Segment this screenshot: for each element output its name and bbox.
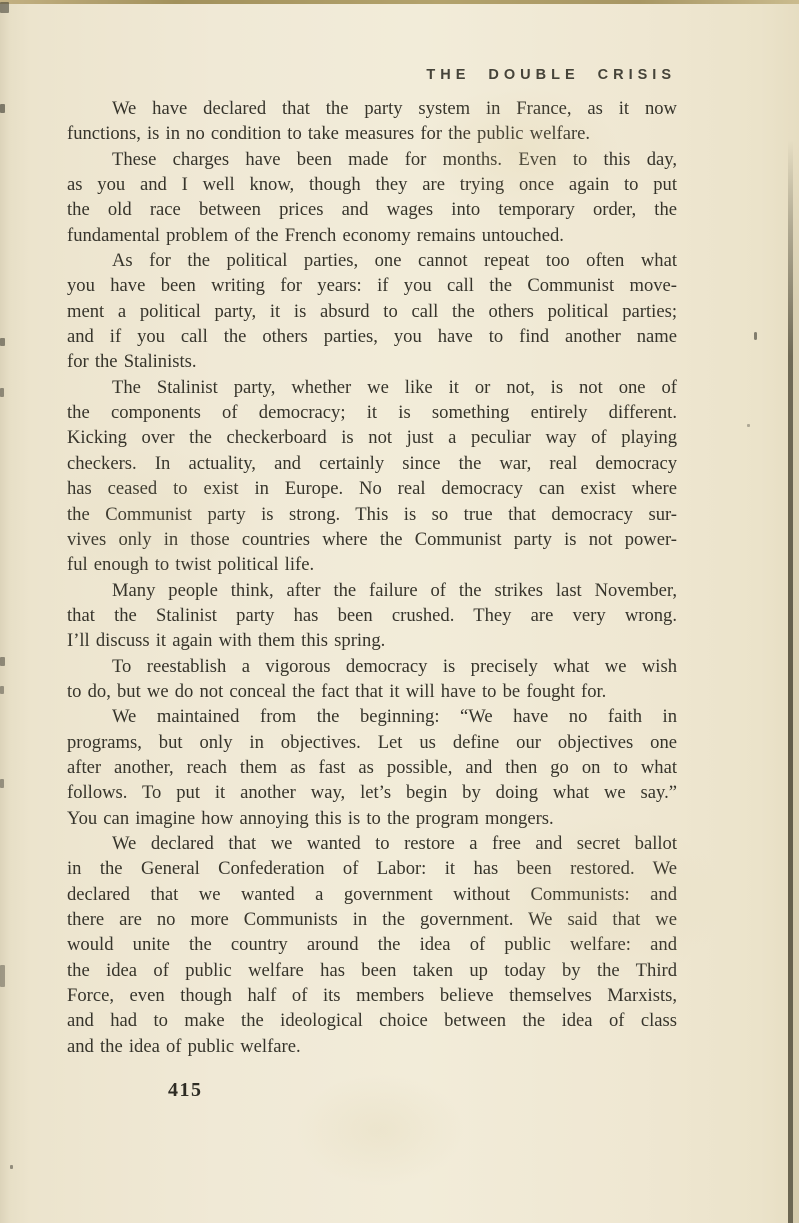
scan-speck — [0, 779, 4, 788]
text-line: These charges have been made for months.… — [67, 147, 677, 172]
text-line: the components of democracy; it is somet… — [67, 400, 677, 425]
text-line: functions, is in no condition to take me… — [67, 121, 677, 146]
scan-speck — [0, 686, 4, 694]
text-line: in the General Confederation of Labor: i… — [67, 856, 677, 881]
running-header: THE DOUBLE CRISIS — [426, 67, 676, 83]
text-line: follows. To put it another way, let’s be… — [67, 780, 677, 805]
text-line: We declared that we wanted to restore a … — [67, 831, 677, 856]
paragraph: We have declared that the party system i… — [67, 96, 677, 147]
paragraph: As for the political parties, one cannot… — [67, 248, 677, 375]
text-line: as you and I well know, though they are … — [67, 172, 677, 197]
text-line: and had to make the ideological choice b… — [67, 1008, 677, 1033]
text-line: We have declared that the party system i… — [67, 96, 677, 121]
text-line: the old race between prices and wages in… — [67, 197, 677, 222]
scan-speck — [0, 657, 5, 666]
text-line: Kicking over the checkerboard is not jus… — [67, 425, 677, 450]
text-line: that the Stalinist party has been crushe… — [67, 603, 677, 628]
text-line: the idea of public welfare has been take… — [67, 958, 677, 983]
text-line: I’ll discuss it again with them this spr… — [67, 628, 677, 653]
book-page-scan: THE DOUBLE CRISIS We have declared that … — [0, 0, 799, 1223]
text-line: and the idea of public welfare. — [67, 1034, 677, 1059]
text-line: You can imagine how annoying this is to … — [67, 806, 677, 831]
text-line: the Communist party is strong. This is s… — [67, 502, 677, 527]
text-line: for the Stalinists. — [67, 349, 677, 374]
page-number: 415 — [168, 1079, 203, 1102]
text-block: We have declared that the party system i… — [67, 96, 677, 1059]
scan-speck — [747, 424, 750, 427]
text-line: We maintained from the beginning: “We ha… — [67, 704, 677, 729]
text-line: To reestablish a vigorous democracy is p… — [67, 654, 677, 679]
page-right-edge-margin — [793, 140, 799, 1223]
text-line: fundamental problem of the French econom… — [67, 223, 677, 248]
text-line: would unite the country around the idea … — [67, 932, 677, 957]
paragraph: To reestablish a vigorous democracy is p… — [67, 654, 677, 705]
scan-speck — [0, 965, 5, 987]
text-line: has ceased to exist in Europe. No real d… — [67, 476, 677, 501]
text-line: checkers. In actuality, and certainly si… — [67, 451, 677, 476]
text-line: to do, but we do not conceal the fact th… — [67, 679, 677, 704]
page-top-edge-line — [0, 0, 799, 4]
text-line: Many people think, after the failure of … — [67, 578, 677, 603]
paragraph: We declared that we wanted to restore a … — [67, 831, 677, 1059]
scan-speck — [754, 332, 757, 340]
scan-speck — [0, 388, 4, 397]
paragraph: We maintained from the beginning: “We ha… — [67, 704, 677, 831]
scan-speck — [0, 2, 9, 13]
scan-speck — [0, 104, 5, 113]
text-line: ful enough to twist political life. — [67, 552, 677, 577]
text-line: programs, but only in objectives. Let us… — [67, 730, 677, 755]
text-line: As for the political parties, one cannot… — [67, 248, 677, 273]
text-line: Force, even though half of its members b… — [67, 983, 677, 1008]
text-line: there are no more Communists in the gove… — [67, 907, 677, 932]
text-line: The Stalinist party, whether we like it … — [67, 375, 677, 400]
scan-speck — [0, 338, 5, 346]
text-line: vives only in those countries where the … — [67, 527, 677, 552]
text-line: and if you call the others parties, you … — [67, 324, 677, 349]
scan-speck — [10, 1165, 13, 1169]
paragraph: The Stalinist party, whether we like it … — [67, 375, 677, 578]
paragraph: Many people think, after the failure of … — [67, 578, 677, 654]
text-line: after another, reach them as fast as pos… — [67, 755, 677, 780]
text-line: declared that we wanted a government wit… — [67, 882, 677, 907]
paragraph: These charges have been made for months.… — [67, 147, 677, 248]
text-line: you have been writing for years: if you … — [67, 273, 677, 298]
text-line: ment a political party, it is absurd to … — [67, 299, 677, 324]
